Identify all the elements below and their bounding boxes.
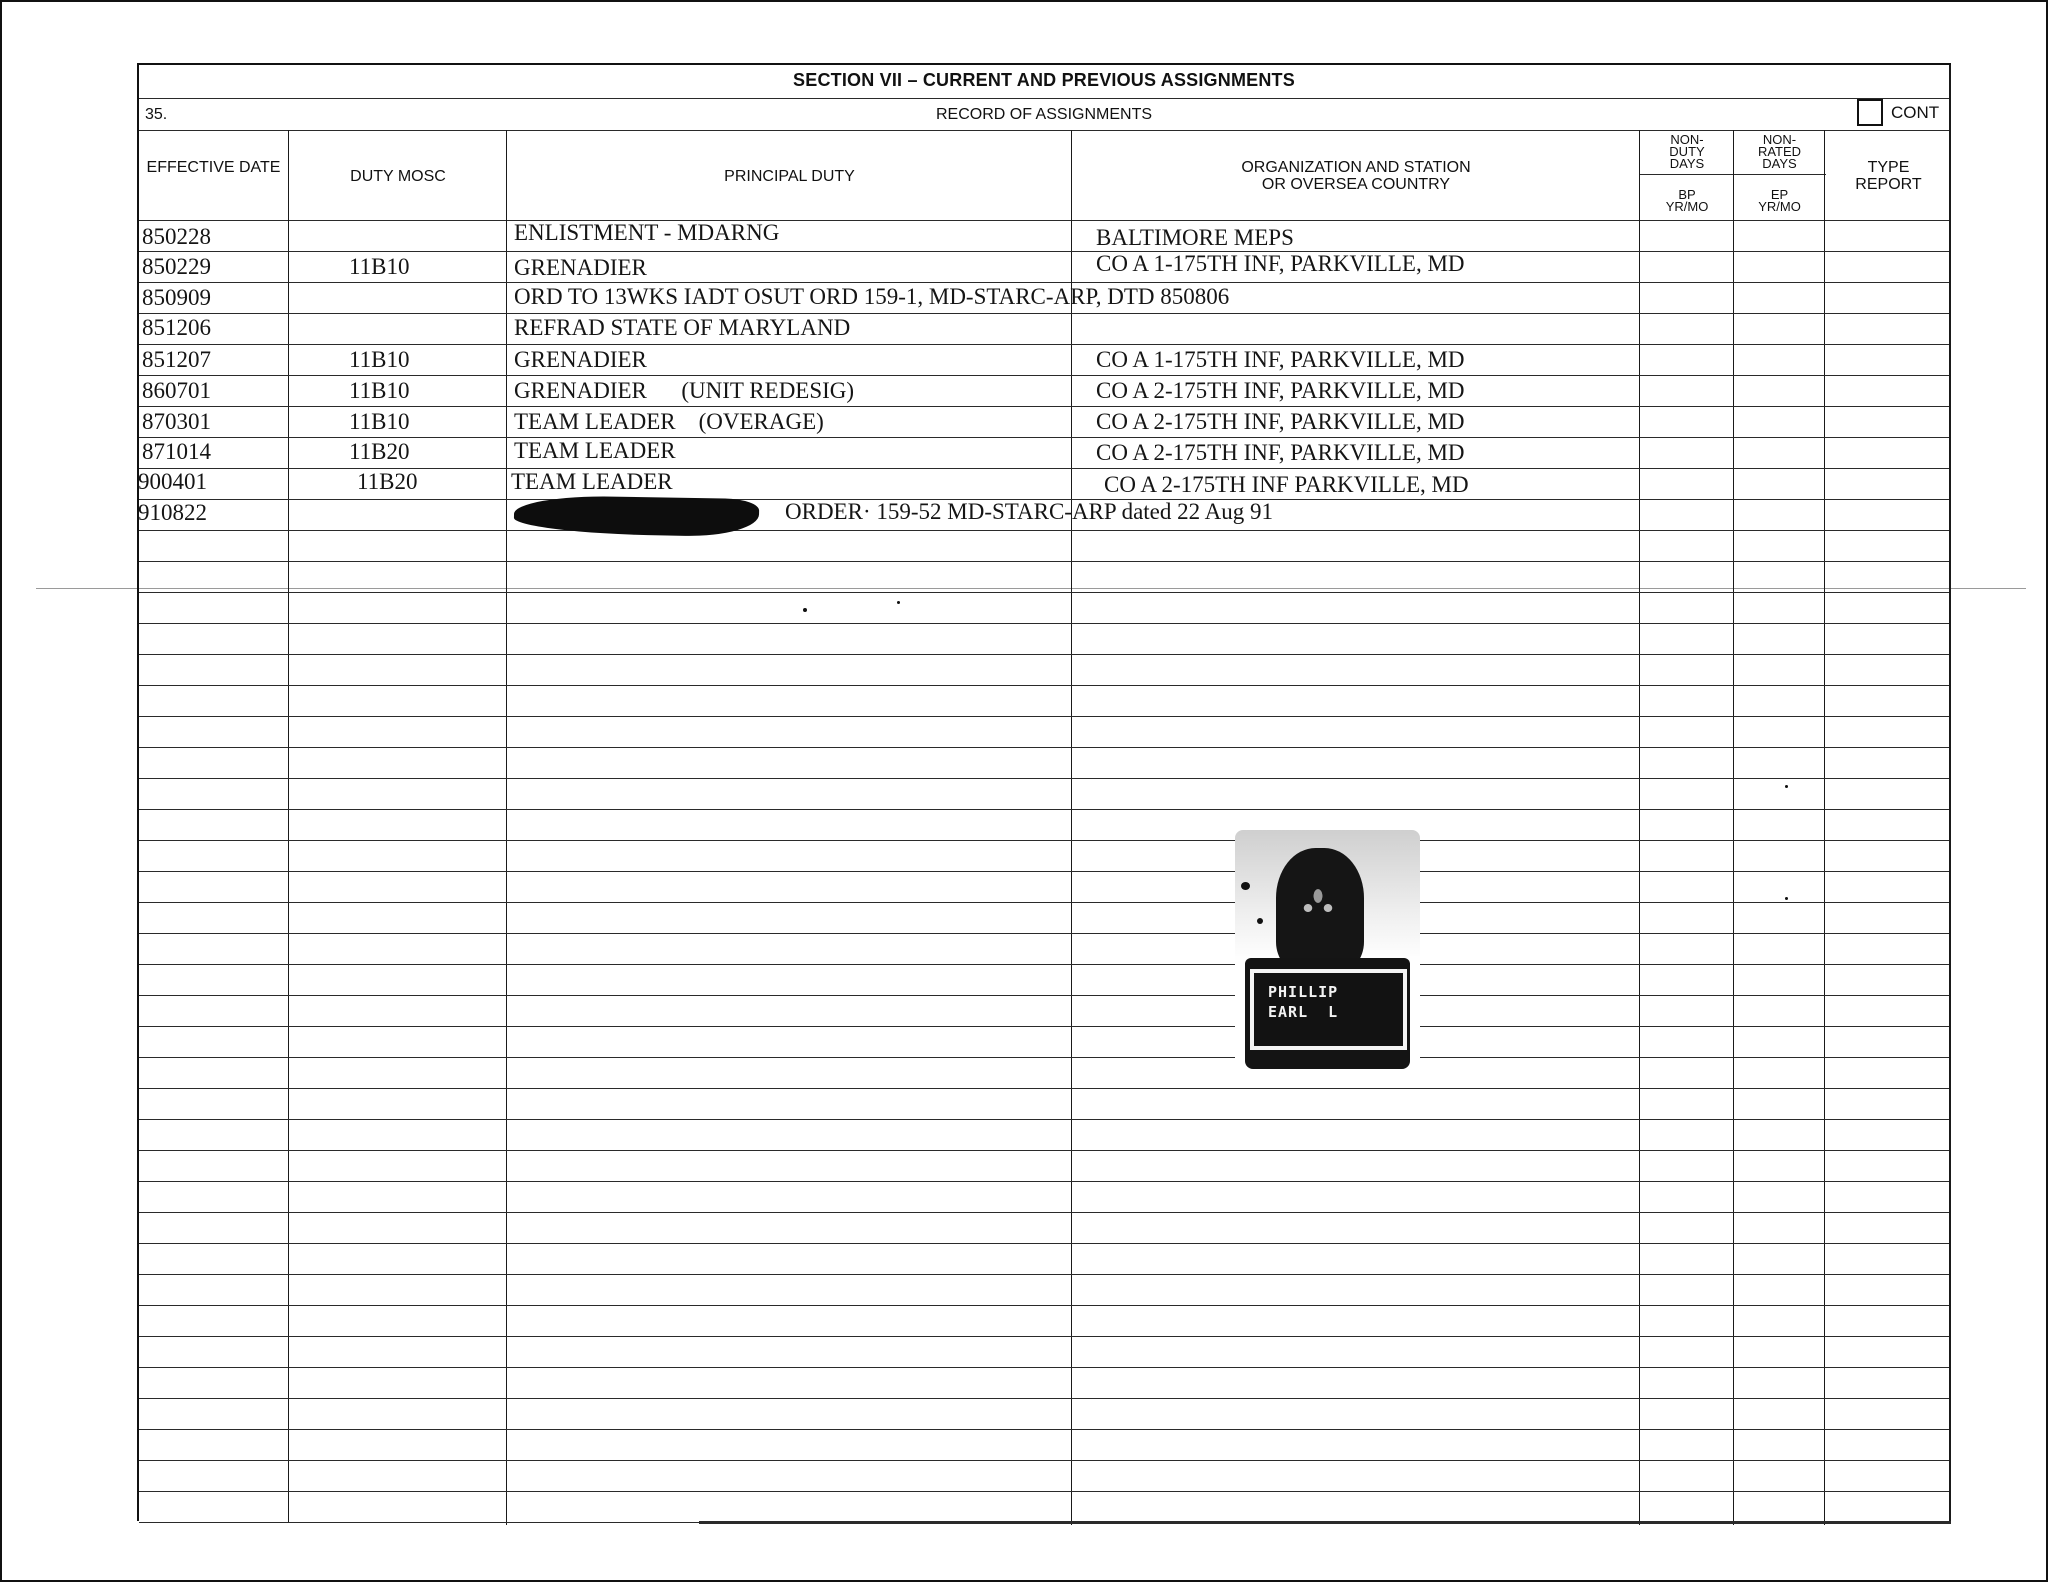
row-8-org: CO A 2-175TH INF PARKVILLE, MD: [1104, 472, 1469, 498]
id-photo: PHILLIP EARL L: [1235, 830, 1420, 1069]
row-line: [139, 1305, 1949, 1306]
row-line: [139, 1429, 1949, 1430]
row-8-mosc: 11B20: [357, 469, 418, 495]
row-7-mosc: 11B20: [349, 439, 410, 465]
name-placard: PHILLIP EARL L: [1250, 969, 1407, 1050]
header-type-report: TYPEREPORT: [1826, 159, 1951, 193]
row-line: [139, 654, 1949, 655]
row-line: [139, 1057, 1949, 1058]
row-line: [139, 1181, 1949, 1182]
scan-speck: [803, 608, 807, 612]
row-line: [139, 1491, 1949, 1492]
row-6-mosc: 11B10: [349, 409, 410, 435]
row-line: [139, 995, 1949, 996]
scan-speck: [1785, 785, 1788, 788]
row-5-duty: GRENADIER (UNIT REDESIG): [514, 378, 854, 404]
row-3-duty: REFRAD STATE OF MARYLAND: [514, 315, 850, 341]
row-line: [139, 933, 1949, 934]
row-line: [139, 406, 1949, 407]
row-line: [139, 1212, 1949, 1213]
row-7-date: 871014: [142, 439, 211, 465]
row-line: [139, 778, 1949, 779]
row-line: [139, 1243, 1949, 1244]
row-line: [139, 840, 1949, 841]
header-principal-duty: PRINCIPAL DUTY: [508, 168, 1071, 185]
row-6-org: CO A 2-175TH INF, PARKVILLE, MD: [1096, 409, 1465, 435]
row-6-duty: TEAM LEADER (OVERAGE): [514, 409, 824, 435]
header-organization: ORGANIZATION AND STATION OR OVERSEA COUN…: [1073, 159, 1639, 193]
row-4-org: CO A 1-175TH INF, PARKVILLE, MD: [1096, 347, 1465, 373]
row-line: [139, 902, 1949, 903]
row-line: [139, 530, 1949, 531]
row-line: [139, 313, 1949, 314]
header-ep-yrmo: EPYR/MO: [1735, 189, 1824, 213]
row-line: [139, 1336, 1949, 1337]
row-line: [139, 1150, 1949, 1151]
header-non-duty-days: NON-DUTYDAYS: [1641, 134, 1733, 170]
row-8-date: 900401: [138, 469, 207, 495]
row-line: [139, 685, 1949, 686]
row-line: [139, 282, 1949, 283]
row-2-date: 850909: [142, 285, 211, 311]
row-0-date: 850228: [142, 224, 211, 250]
row-line: [139, 1460, 1949, 1461]
record-title: RECORD OF ASSIGNMENTS: [139, 106, 1949, 124]
row-0-org: BALTIMORE MEPS: [1096, 225, 1294, 251]
row-line: [139, 1119, 1949, 1120]
row-line: [139, 1367, 1949, 1368]
row-line: [139, 592, 1949, 593]
row-5-org: CO A 2-175TH INF, PARKVILLE, MD: [1096, 378, 1465, 404]
section-title: SECTION VII – CURRENT AND PREVIOUS ASSIG…: [139, 70, 1949, 91]
row-7-org: CO A 2-175TH INF, PARKVILLE, MD: [1096, 440, 1465, 466]
table-bottom-line: [699, 1521, 1951, 1524]
row-line: [139, 623, 1949, 624]
row-line: [139, 561, 1949, 562]
row-1-org: CO A 1-175TH INF, PARKVILLE, MD: [1096, 251, 1465, 277]
placard-line-2: EARL L: [1268, 1003, 1338, 1021]
row-9-duty: ORDER· 159-52 MD-STARC-ARP dated 22 Aug …: [785, 499, 1273, 525]
assignments-form: SECTION VII – CURRENT AND PREVIOUS ASSIG…: [137, 63, 1951, 1521]
row-1-mosc: 11B10: [349, 254, 410, 280]
row-line: [139, 809, 1949, 810]
row-4-date: 851207: [142, 347, 211, 373]
row-line: [139, 964, 1949, 965]
row-4-duty: GRENADIER: [514, 347, 647, 373]
row-line: [139, 375, 1949, 376]
header-bp-yrmo: BPYR/MO: [1641, 189, 1733, 213]
header-non-rated-days: NON-RATEDDAYS: [1735, 134, 1824, 170]
header-duty-mosc: DUTY MOSC: [290, 168, 506, 185]
row-3-date: 851206: [142, 315, 211, 341]
scan-speck: [1785, 897, 1788, 900]
placard-line-1: PHILLIP: [1268, 983, 1338, 1001]
cont-checkbox[interactable]: [1857, 99, 1883, 126]
row-0-duty: ENLISTMENT - MDARNG: [514, 220, 779, 246]
row-7-duty: TEAM LEADER: [514, 438, 676, 464]
row-6-date: 870301: [142, 409, 211, 435]
row-8-duty: TEAM LEADER: [511, 469, 673, 495]
row-line: [139, 871, 1949, 872]
cont-label: CONT: [1891, 103, 1939, 123]
row-9-date: 910822: [138, 500, 207, 526]
row-line: [139, 747, 1949, 748]
row-line: [139, 1088, 1949, 1089]
row-2-duty: ORD TO 13WKS IADT OSUT ORD 159-1, MD-STA…: [514, 284, 1229, 310]
row-4-mosc: 11B10: [349, 347, 410, 373]
row-line: [139, 1274, 1949, 1275]
header-effective-date: EFFECTIVE DATE: [139, 159, 288, 176]
row-line: [139, 716, 1949, 717]
row-line: [139, 251, 1949, 252]
photo-face: [1293, 875, 1343, 935]
row-line: [139, 344, 1949, 345]
row-1-duty: GRENADIER: [514, 255, 647, 281]
row-line: [139, 1398, 1949, 1399]
row-5-mosc: 11B10: [349, 378, 410, 404]
row-1-date: 850229: [142, 254, 211, 280]
row-line: [139, 437, 1949, 438]
row-5-date: 860701: [142, 378, 211, 404]
scan-speck: [897, 601, 900, 604]
row-line: [139, 1026, 1949, 1027]
